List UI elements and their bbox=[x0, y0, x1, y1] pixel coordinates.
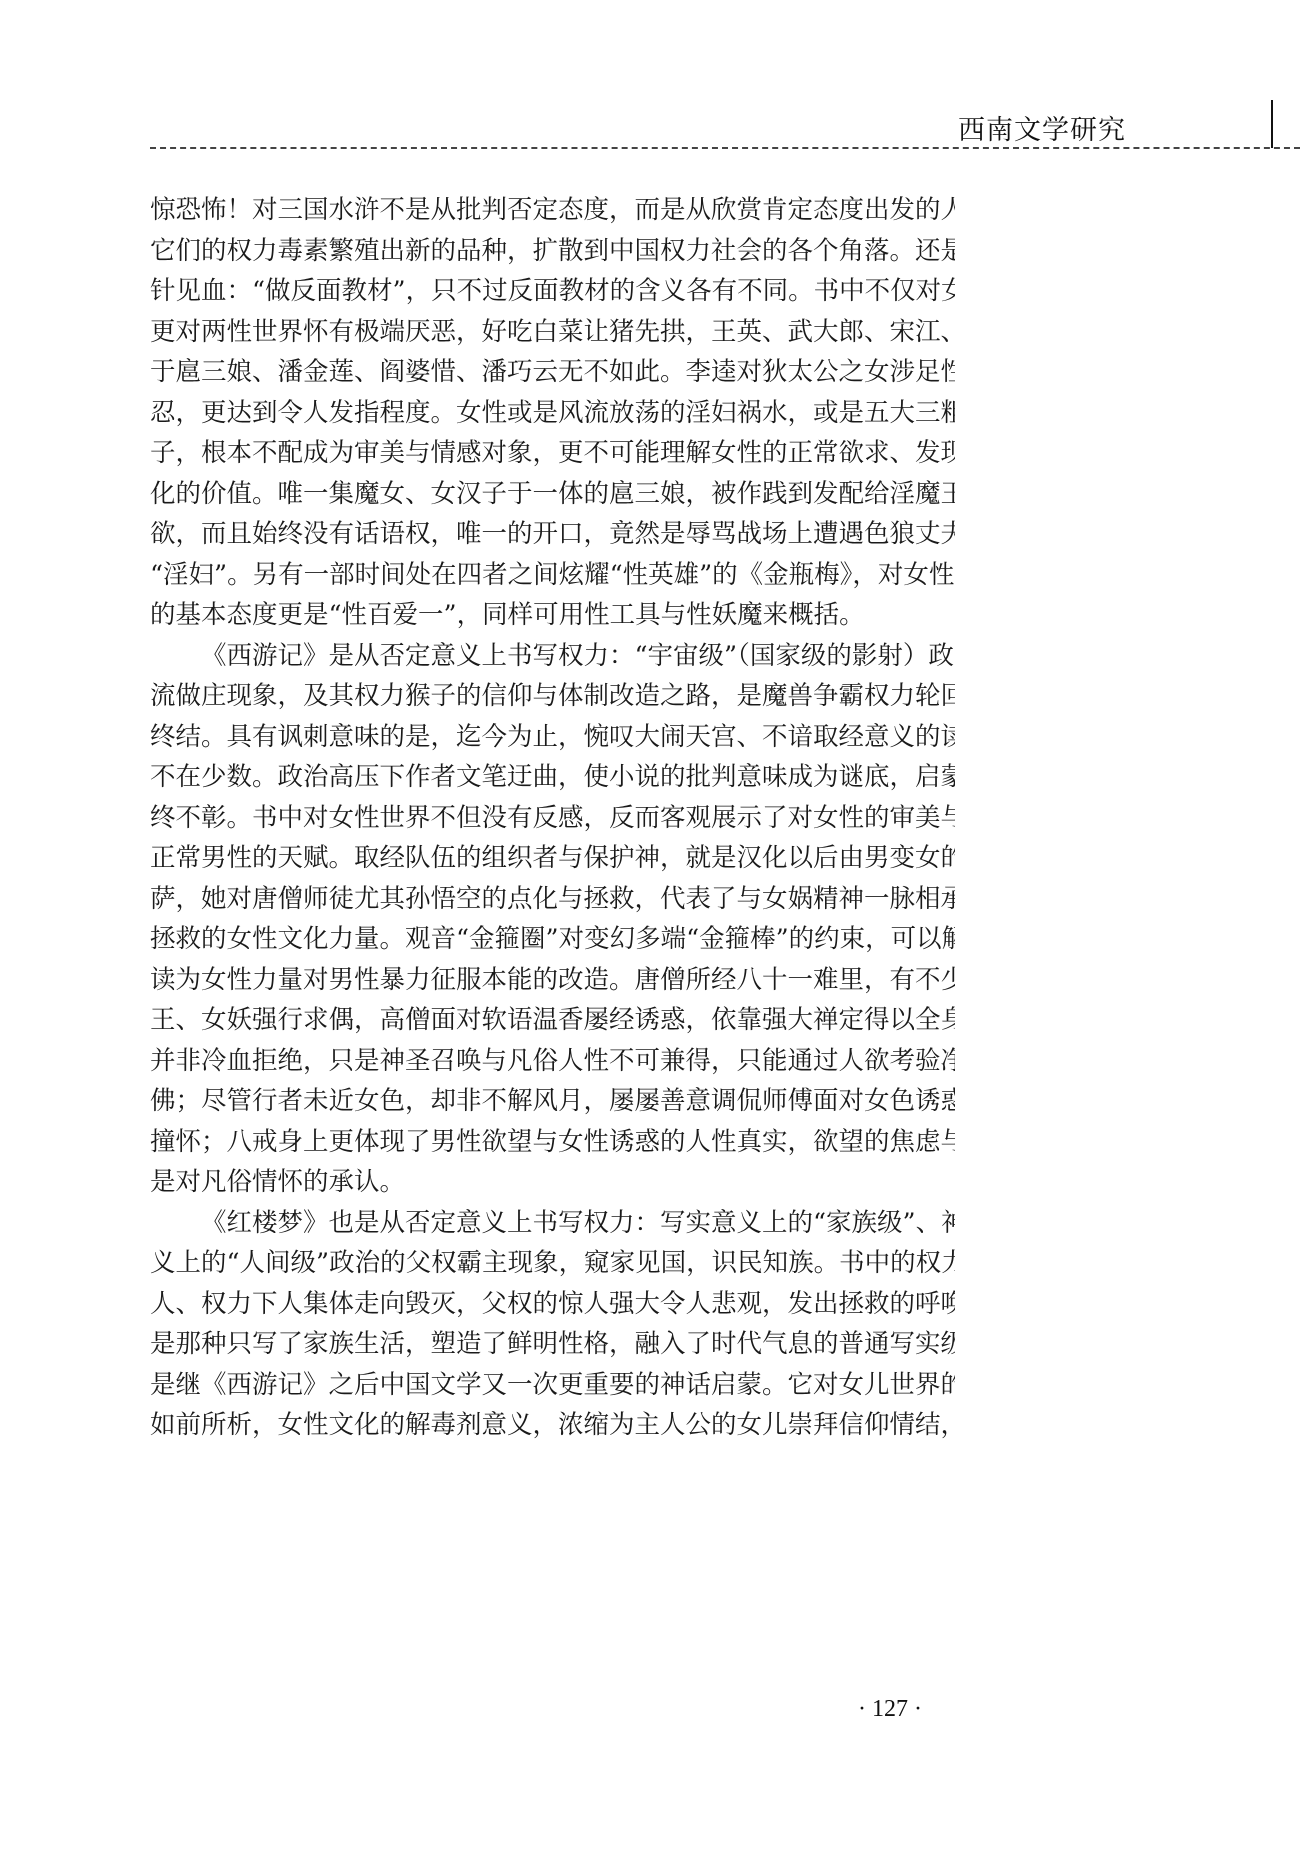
text-line: 于扈三娘、潘金莲、阎婆惜、潘巧云无不如此。李逵对狄太公之女涉足性爱的残 bbox=[150, 352, 955, 393]
header-dashed-rule bbox=[150, 147, 1300, 149]
text-line: 是那种只写了家族生活，塑造了鲜明性格，融入了时代气息的普通写实级小说， bbox=[150, 1324, 955, 1365]
text-line: 《红楼梦》也是从否定意义上书写权力：写实意义上的“家族级”、神话意 bbox=[150, 1203, 955, 1244]
text-line: 的基本态度更是“性百爱一”，同样可用性工具与性妖魔来概括。 bbox=[150, 595, 955, 636]
text-line: 读为女性力量对男性暴力征服本能的改造。唐僧所经八十一难里，有不少是女 bbox=[150, 960, 955, 1001]
text-line: 撞怀；八戒身上更体现了男性欲望与女性诱惑的人性真实，欲望的焦虑与克制， bbox=[150, 1122, 955, 1163]
header-vertical-bar bbox=[1271, 100, 1273, 148]
article-body: 惊恐怖！对三国水浒不是从批判否定态度，而是从欣赏肯定态度出发的人，会将它们的权力… bbox=[150, 190, 955, 1446]
text-line: 正常男性的天赋。取经队伍的组织者与保护神，就是汉化以后由男变女的观音菩 bbox=[150, 838, 955, 879]
text-line: 化的价值。唯一集魔女、女汉子于一体的扈三娘，被作践到发配给淫魔王英泄 bbox=[150, 474, 955, 515]
text-line: 子，根本不配成为审美与情感对象，更不可能理解女性的正常欲求、发现女性文 bbox=[150, 433, 955, 474]
text-line: 针见血：“做反面教材”，只不过反面教材的含义各有不同。书中不仅对女性， bbox=[150, 271, 955, 312]
text-line: 义上的“人间级”政治的父权霸主现象，窥家见国，识民知族。书中的权力中 bbox=[150, 1243, 955, 1284]
text-line: 更对两性世界怀有极端厌恶，好吃白菜让猪先拱，王英、武大郎、宋江、杨雄之 bbox=[150, 312, 955, 353]
text-line: 人、权力下人集体走向毁灭，父权的惊人强大令人悲观，发出拯救的呼唤。它不 bbox=[150, 1284, 955, 1325]
text-line: 惊恐怖！对三国水浒不是从批判否定态度，而是从欣赏肯定态度出发的人，会将 bbox=[150, 190, 955, 231]
text-line: 佛；尽管行者未近女色，却非不解风月，屡屡善意调侃师傅面对女色诱惑的小鹿 bbox=[150, 1081, 955, 1122]
text-line: 《西游记》是从否定意义上书写权力：“宇宙级”（国家级的影射）政治的轮 bbox=[150, 636, 955, 677]
text-line: 拯救的女性文化力量。观音“金箍圈”对变幻多端“金箍棒”的约束，可以解 bbox=[150, 919, 955, 960]
text-line: 欲，而且始终没有话语权，唯一的开口，竟然是辱骂战场上遭遇色狼丈夫的女人 bbox=[150, 514, 955, 555]
text-line: 终结。具有讽刺意味的是，迄今为止，惋叹大闹天宫、不谙取经意义的读者一直 bbox=[150, 717, 955, 758]
running-header: 西南文学研究 bbox=[150, 100, 1300, 148]
text-line: 萨，她对唐僧师徒尤其孙悟空的点化与拯救，代表了与女娲精神一脉相承的爱与 bbox=[150, 879, 955, 920]
paragraph: 《西游记》是从否定意义上书写权力：“宇宙级”（国家级的影射）政治的轮流做庄现象，… bbox=[150, 636, 955, 1203]
paragraph: 《红楼梦》也是从否定意义上书写权力：写实意义上的“家族级”、神话意义上的“人间级… bbox=[150, 1203, 955, 1446]
text-line: 并非冷血拒绝，只是神圣召唤与凡俗人性不可兼得，只能通过人欲考验净心归 bbox=[150, 1041, 955, 1082]
text-line: 如前所析，女性文化的解毒剂意义，浓缩为主人公的女儿崇拜信仰情结，成为男 bbox=[150, 1405, 955, 1446]
text-line: 是继《西游记》之后中国文学又一次更重要的神话启蒙。它对女儿世界的态度 bbox=[150, 1365, 955, 1406]
text-line: 是对凡俗情怀的承认。 bbox=[150, 1162, 955, 1203]
text-line: 王、女妖强行求偶，高僧面对软语温香屡经诱惑，依靠强大禅定得以全身，然而 bbox=[150, 1000, 955, 1041]
text-line: “淫妇”。另有一部时间处在四者之间炫耀“性英雄”的《金瓶梅》，对女性集体 bbox=[150, 555, 955, 596]
text-line: 不在少数。政治高压下作者文笔迂曲，使小说的批判意味成为谜底，启蒙价值始 bbox=[150, 757, 955, 798]
paragraph: 惊恐怖！对三国水浒不是从批判否定态度，而是从欣赏肯定态度出发的人，会将它们的权力… bbox=[150, 190, 955, 636]
text-line: 忍，更达到令人发指程度。女性或是风流放荡的淫妇祸水，或是五大三粗的女汉 bbox=[150, 393, 955, 434]
page-number: · 127 · bbox=[858, 1696, 922, 1723]
text-line: 它们的权力毒素繁殖出新的品种，扩散到中国权力社会的各个角落。还是领袖一 bbox=[150, 231, 955, 272]
text-line: 流做庄现象，及其权力猴子的信仰与体制改造之路，是魔兽争霸权力轮回的神话 bbox=[150, 676, 955, 717]
text-line: 终不彰。书中对女性世界不但没有反感，反而客观展示了对女性的审美与欲望是 bbox=[150, 798, 955, 839]
journal-title: 西南文学研究 bbox=[958, 108, 1126, 147]
